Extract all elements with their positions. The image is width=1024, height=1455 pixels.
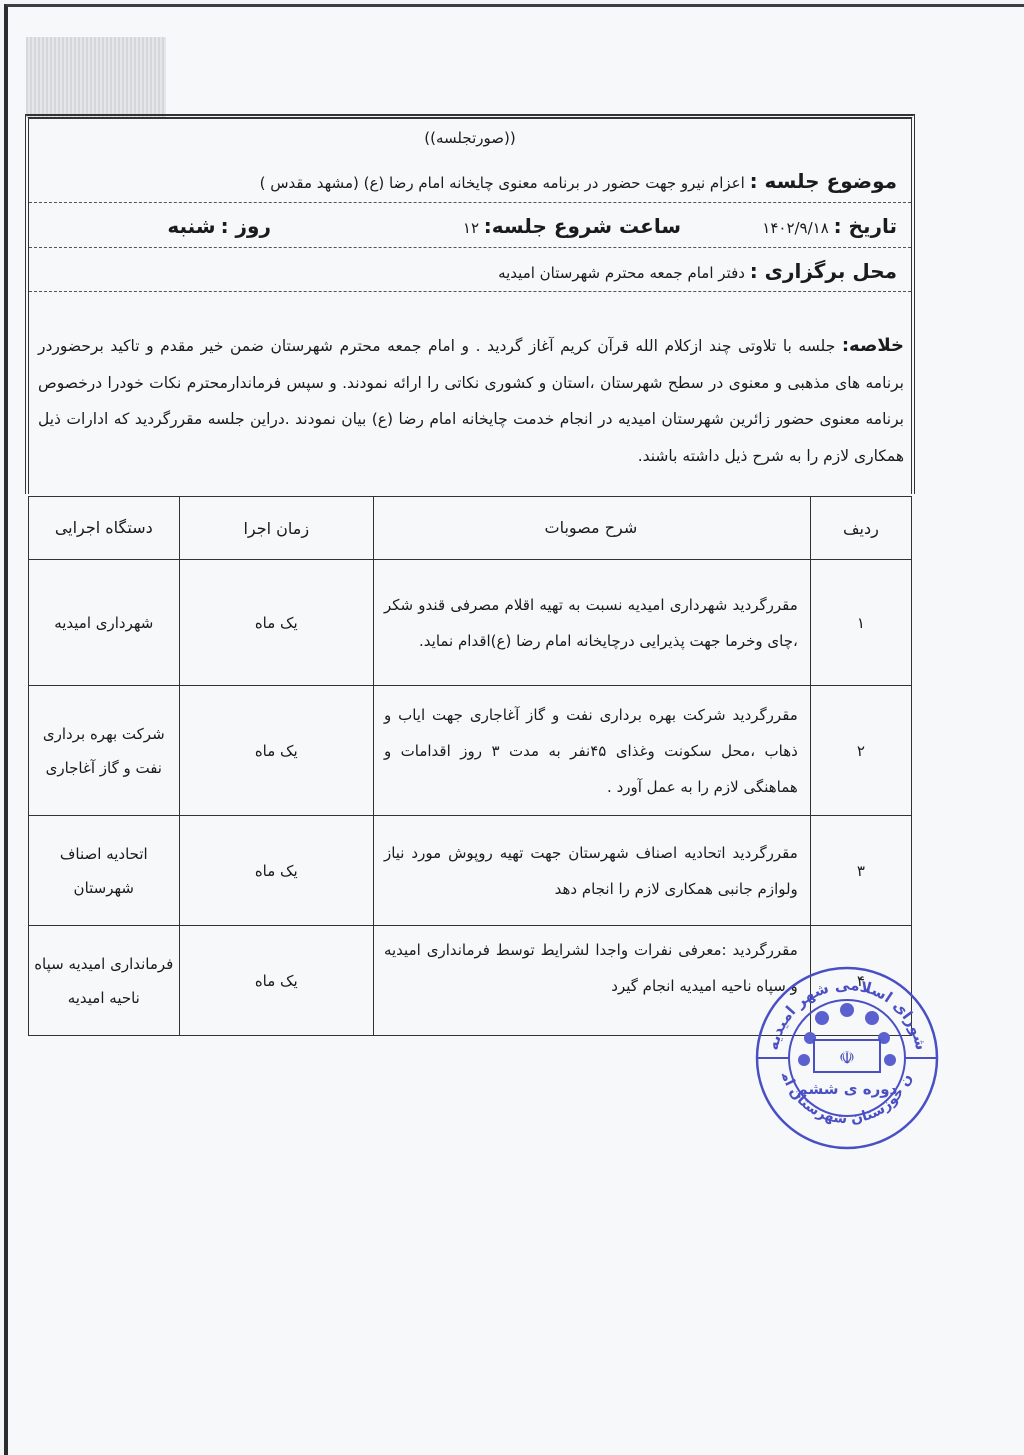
seal-icon: شورای اسلامی شهر امیدیه استان خوزستان شه… — [752, 960, 942, 1155]
table-header-row: ردیف شرح مصوبات زمان اجرا دستگاه اجرایی — [29, 497, 912, 560]
table-row: ۳ مقررگردید اتحادیه اصناف شهرستان جهت ته… — [29, 816, 912, 926]
scan-smudge — [26, 37, 166, 117]
divider — [29, 247, 911, 248]
row-agency: فرمانداری امیدیه سپاه ناحیه امیدیه — [29, 926, 180, 1036]
resolutions-table: ردیف شرح مصوبات زمان اجرا دستگاه اجرایی … — [28, 496, 912, 1036]
subject-line: موضوع جلسه : اعزام نیرو جهت حضور در برنا… — [260, 169, 897, 193]
table-row: ۲ مقررگردید شرکت بهره برداری نفت و گاز آ… — [29, 686, 912, 816]
date-label: تاریخ : — [834, 214, 897, 238]
summary-text: جلسه با تلاوتی چند ازکلام الله قرآن کریم… — [38, 337, 904, 465]
table-row: ۱ مقررگردید شهرداری امیدیه نسبت به تهیه … — [29, 560, 912, 686]
row-number: ۱ — [810, 560, 911, 686]
row-description: مقررگردید شهرداری امیدیه نسبت به تهیه اق… — [373, 560, 810, 686]
date-field: تاریخ : ۱۴۰۲/۹/۱۸ — [762, 214, 897, 238]
row-description: مقررگردید اتحادیه اصناف شهرستان جهت تهیه… — [373, 816, 810, 926]
row-number: ۲ — [810, 686, 911, 816]
start-time-label: ساعت شروع جلسه: — [484, 214, 681, 238]
summary-paragraph: خلاصه: جلسه با تلاوتی چند ازکلام الله قر… — [38, 328, 904, 474]
header-execution-time: زمان اجرا — [179, 497, 373, 560]
start-time-value: ۱۲ — [463, 219, 479, 237]
row-agency: شرکت بهره برداری نفت و گاز آغاجاری — [29, 686, 180, 816]
summary-label: خلاصه: — [842, 335, 904, 356]
day-value: شنبه — [167, 214, 215, 238]
subject-label: موضوع جلسه : — [750, 169, 897, 193]
day-label: روز : — [221, 214, 271, 238]
svg-text:☫: ☫ — [839, 1048, 855, 1069]
date-value: ۱۴۰۲/۹/۱۸ — [762, 219, 829, 237]
header-row-number: ردیف — [810, 497, 911, 560]
subject-value: اعزام نیرو جهت حضور در برنامه معنوی چایخ… — [260, 174, 745, 192]
row-execution-time: یک ماه — [179, 686, 373, 816]
venue-label: محل برگزاری : — [750, 259, 897, 283]
divider — [29, 291, 911, 292]
row-execution-time: یک ماه — [179, 560, 373, 686]
official-seal-stamp: شورای اسلامی شهر امیدیه استان خوزستان شه… — [752, 960, 942, 1155]
row-agency: اتحادیه اصناف شهرستان — [29, 816, 180, 926]
document-title: ((صورتجلسه)) — [29, 129, 911, 147]
day-field: روز : شنبه — [167, 214, 271, 238]
row-execution-time: یک ماه — [179, 816, 373, 926]
svg-text:دوره ی ششم: دوره ی ششم — [797, 1080, 898, 1098]
header-description: شرح مصوبات — [373, 497, 810, 560]
start-time-field: ساعت شروع جلسه: ۱۲ — [463, 214, 681, 238]
venue-value: دفتر امام جمعه محترم شهرستان امیدیه — [498, 264, 745, 282]
row-number: ۳ — [810, 816, 911, 926]
header-executive-agency: دستگاه اجرایی — [29, 497, 180, 560]
row-description: مقررگردید :معرفی نفرات واجدا لشرایط توسط… — [373, 926, 810, 1036]
divider — [29, 202, 911, 203]
row-execution-time: یک ماه — [179, 926, 373, 1036]
row-description: مقررگردید شرکت بهره برداری نفت و گاز آغا… — [373, 686, 810, 816]
venue-field: محل برگزاری : دفتر امام جمعه محترم شهرست… — [498, 259, 897, 283]
row-agency: شهرداری امیدیه — [29, 560, 180, 686]
